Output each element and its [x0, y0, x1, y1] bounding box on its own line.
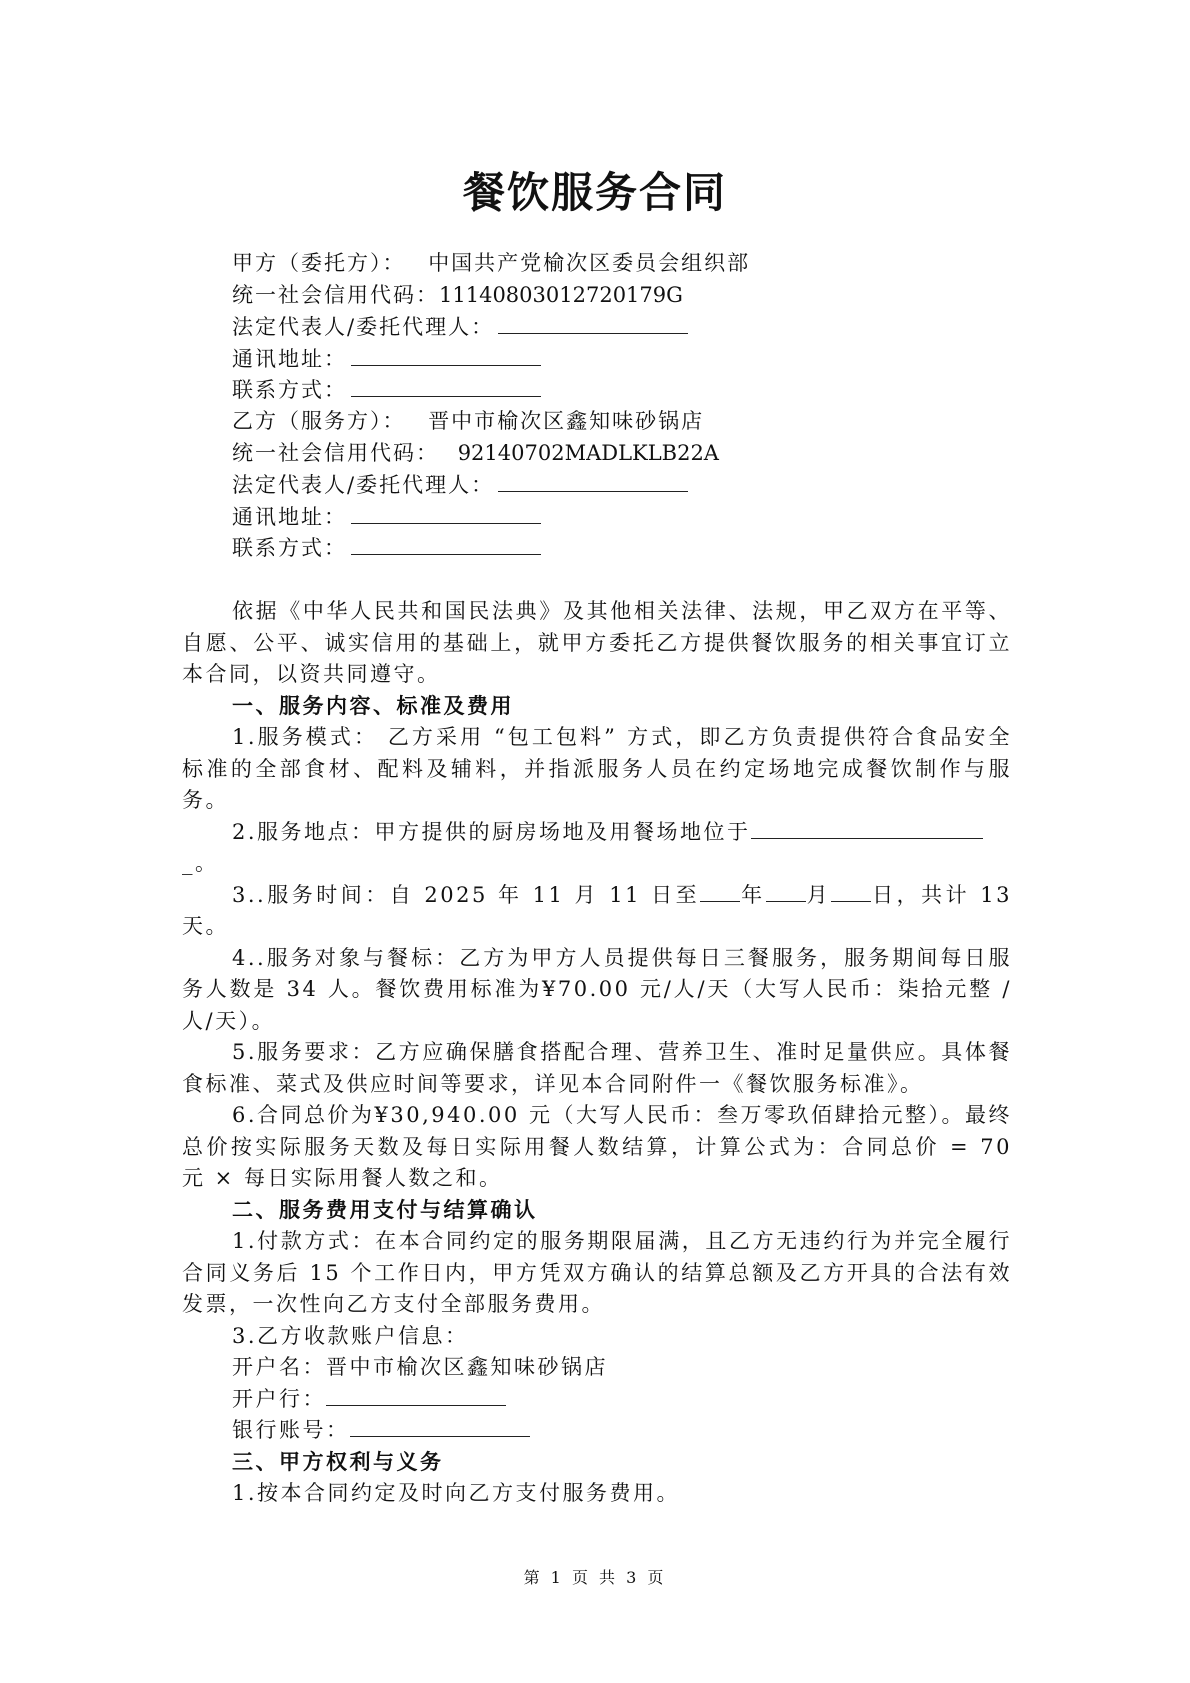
party-a-address-blank[interactable]	[351, 343, 541, 366]
end-year-blank[interactable]	[700, 881, 740, 902]
party-a-representative-row: 法定代表人/委托代理人：	[232, 311, 750, 343]
party-a-name: 中国共产党榆次区委员会组织部	[428, 251, 750, 275]
item-2-prefix: 2.服务地点：甲方提供的厨房场地及用餐场地位于	[232, 820, 751, 844]
end-month-blank[interactable]	[766, 881, 806, 902]
party-b-contact-blank[interactable]	[351, 532, 541, 555]
party-b-label: 乙方（服务方）：	[232, 409, 406, 433]
party-a-label: 甲方（委托方）：	[232, 251, 406, 275]
bank-blank[interactable]	[326, 1385, 506, 1406]
section-1-item-4: 4..服务对象与餐标：乙方为甲方人员提供每日三餐服务，服务期间每日服务人数是 3…	[182, 943, 1012, 1038]
party-b-credit-code: 92140702MADLKLB22A	[458, 441, 719, 465]
service-location-blank[interactable]	[751, 818, 983, 839]
section-2-heading: 二、服务费用支付与结算确认	[182, 1195, 1012, 1227]
party-a-representative-blank[interactable]	[498, 311, 688, 334]
section-1-item-2: 2.服务地点：甲方提供的厨房场地及用餐场地位于 _。	[182, 817, 1012, 880]
item-3-prefix: 3..服务时间：自 2025 年 11 月 11 日至	[232, 883, 700, 907]
section-3-item-1: 1.按本合同约定及时向乙方支付服务费用。	[182, 1478, 1012, 1510]
party-b-representative-label: 法定代表人/委托代理人：	[232, 473, 494, 497]
account-number-label: 银行账号：	[232, 1418, 350, 1442]
party-b-address-blank[interactable]	[351, 501, 541, 524]
party-a-contact-blank[interactable]	[351, 374, 541, 397]
party-b-contact-row: 联系方式：	[232, 532, 750, 564]
item-2-suffix: _。	[132, 848, 219, 880]
section-2-item-1: 1.付款方式：在本合同约定的服务期限届满，且乙方无违约行为并完全履行合同义务后 …	[182, 1226, 1012, 1321]
party-a-contact-label: 联系方式：	[232, 378, 347, 402]
year-label: 年	[740, 883, 766, 907]
party-a-credit-label: 统一社会信用代码：	[232, 283, 439, 307]
party-b-address-label: 通讯地址：	[232, 505, 347, 529]
section-1-item-1: 1.服务模式： 乙方采用 “包工包料” 方式，即乙方负责提供符合食品安全标准的全…	[182, 722, 1012, 817]
section-1-item-3: 3..服务时间：自 2025 年 11 月 11 日至年月日，共计 13 天。	[182, 880, 1012, 943]
section-1-item-5: 5.服务要求：乙方应确保膳食搭配合理、营养卫生、准时足量供应。具体餐食标准、菜式…	[182, 1037, 1012, 1100]
party-b-representative-row: 法定代表人/委托代理人：	[232, 469, 750, 501]
party-b-credit-row: 统一社会信用代码： 92140702MADLKLB22A	[232, 438, 750, 470]
contract-page: 餐饮服务合同 甲方（委托方）： 中国共产党榆次区委员会组织部 统一社会信用代码：…	[0, 0, 1190, 1683]
account-name-label: 开户名：	[232, 1355, 326, 1379]
preamble: 依据《中华人民共和国民法典》及其他相关法律、法规，甲乙双方在平等、自愿、公平、诚…	[182, 596, 1012, 691]
party-a-credit-code: 11140803012720179G	[439, 283, 683, 307]
month-label: 月	[806, 883, 832, 907]
party-b-name-row: 乙方（服务方）： 晋中市榆次区鑫知味砂锅店	[232, 406, 750, 438]
party-b-address-row: 通讯地址：	[232, 501, 750, 533]
party-b-contact-label: 联系方式：	[232, 536, 347, 560]
party-a-contact-row: 联系方式：	[232, 374, 750, 406]
section-1-heading: 一、服务内容、标准及费用	[182, 691, 1012, 723]
section-3-heading: 三、甲方权利与义务	[182, 1447, 1012, 1479]
account-number-row: 银行账号：	[182, 1415, 1012, 1447]
account-number-blank[interactable]	[350, 1416, 530, 1437]
party-a-representative-label: 法定代表人/委托代理人：	[232, 315, 494, 339]
parties-block: 甲方（委托方）： 中国共产党榆次区委员会组织部 统一社会信用代码：1114080…	[232, 248, 750, 564]
contract-body: 依据《中华人民共和国民法典》及其他相关法律、法规，甲乙双方在平等、自愿、公平、诚…	[182, 596, 1012, 1510]
section-2-item-3: 3.乙方收款账户信息：	[182, 1321, 1012, 1353]
account-name: 晋中市榆次区鑫知味砂锅店	[326, 1355, 608, 1379]
party-b-representative-blank[interactable]	[498, 469, 688, 492]
party-a-address-row: 通讯地址：	[232, 343, 750, 375]
page-number: 第 1 页 共 3 页	[0, 1565, 1190, 1588]
party-a-credit-row: 统一社会信用代码：11140803012720179G	[232, 280, 750, 312]
party-b-name: 晋中市榆次区鑫知味砂锅店	[428, 409, 704, 433]
bank-row: 开户行：	[182, 1384, 1012, 1416]
account-name-row: 开户名：晋中市榆次区鑫知味砂锅店	[182, 1352, 1012, 1384]
party-b-credit-label: 统一社会信用代码：	[232, 441, 439, 465]
end-day-blank[interactable]	[831, 881, 871, 902]
party-a-address-label: 通讯地址：	[232, 347, 347, 371]
party-a-name-row: 甲方（委托方）： 中国共产党榆次区委员会组织部	[232, 248, 750, 280]
bank-label: 开户行：	[232, 1387, 326, 1411]
section-1-item-6: 6.合同总价为¥30,940.00 元（大写人民币：叁万零玖佰肆拾元整）。最终总…	[182, 1100, 1012, 1195]
document-title: 餐饮服务合同	[0, 160, 1190, 220]
